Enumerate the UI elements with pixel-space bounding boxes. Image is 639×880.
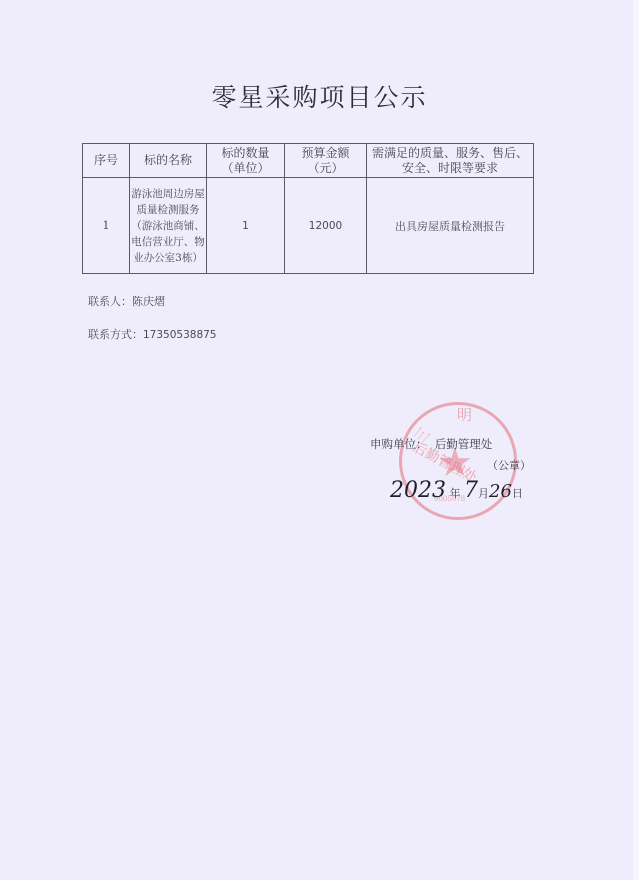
cell-name: 游泳池周边房屋质量检测服务（游泳池商铺、电信营业厅、物业办公室3栋）	[130, 178, 207, 274]
contact-phone: 联系方式：17350538875	[88, 326, 217, 342]
date-year-suffix: 年	[450, 487, 461, 500]
header-budget: 预算金额（元）	[285, 144, 367, 178]
contact-person-label: 联系人：	[88, 295, 132, 308]
cell-requirements: 出具房屋质量检测报告	[367, 178, 534, 274]
contact-person: 联系人：陈庆熠	[88, 293, 165, 309]
cell-budget: 12000	[285, 178, 367, 274]
date-month: 7	[464, 478, 478, 503]
header-name: 标的名称	[130, 144, 207, 178]
seal-note: （公章）	[487, 457, 531, 473]
date-day-suffix: 日	[512, 487, 523, 500]
applicant-label: 申购单位：	[370, 437, 428, 451]
contact-phone-label: 联系方式：	[88, 328, 143, 341]
date-day: 26	[489, 481, 512, 502]
procurement-table: 序号 标的名称 标的数量（单位） 预算金额（元） 需满足的质量、服务、售后、安全…	[82, 143, 534, 274]
header-requirements: 需满足的质量、服务、售后、安全、时限等要求	[367, 144, 534, 178]
date-year: 2023	[390, 478, 446, 503]
date-month-suffix: 月	[478, 487, 489, 500]
table-row: 1 游泳池周边房屋质量检测服务（游泳池商铺、电信营业厅、物业办公室3栋） 1 1…	[83, 178, 534, 274]
contact-phone-number: 17350538875	[143, 329, 217, 341]
cell-index: 1	[83, 178, 130, 274]
signature-date: 2023 年 7月26日	[390, 478, 523, 503]
table-header-row: 序号 标的名称 标的数量（单位） 预算金额（元） 需满足的质量、服务、售后、安全…	[83, 144, 534, 178]
applicant-name: 后勤管理处	[435, 437, 493, 451]
contact-person-name: 陈庆熠	[132, 295, 165, 308]
header-index: 序号	[83, 144, 130, 178]
page-edge	[633, 0, 639, 880]
document-title: 零星采购项目公示	[0, 78, 639, 114]
cell-quantity: 1	[207, 178, 285, 274]
seal-top-text: 明	[457, 404, 472, 425]
header-quantity: 标的数量（单位）	[207, 144, 285, 178]
applicant-unit: 申购单位： 后勤管理处	[370, 436, 492, 452]
